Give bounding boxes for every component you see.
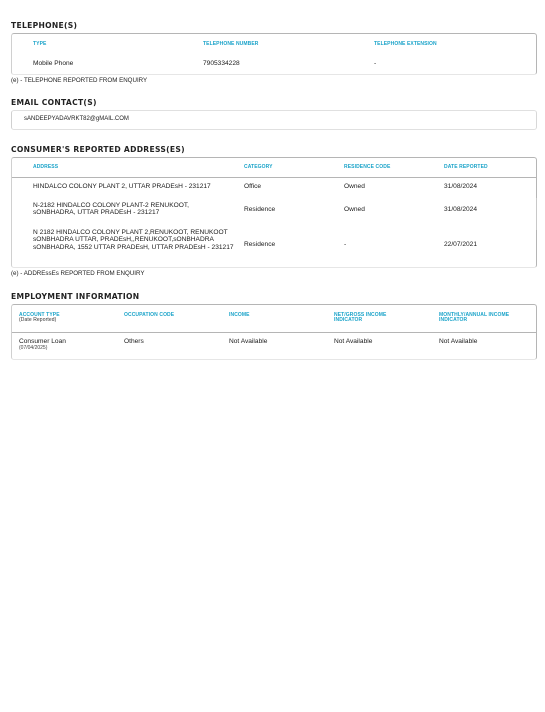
col-header-address: ADDRESS: [33, 165, 58, 170]
col-header-occupation-code: OCCUPATION CODE: [124, 313, 174, 318]
address-row-3-address: N 2182 HINDALCO COLONY PLANT 2,RENUKOOT,…: [33, 229, 238, 251]
header-divider: [12, 332, 536, 333]
col-header-type: TYPE: [33, 42, 46, 47]
employment-income: Not Available: [229, 338, 267, 345]
col-header-category: CATEGORY: [244, 165, 273, 170]
telephone-extension: -: [374, 60, 376, 67]
col-header-date-reported: DATE REPORTED: [444, 165, 488, 170]
scrollbar[interactable]: [536, 198, 537, 230]
col-header-account-type: ACCOUNT TYPE (Date Reported): [19, 313, 60, 324]
address-row-1-date: 31/08/2024: [444, 183, 477, 190]
address-row-1-category: Office: [244, 183, 261, 190]
employment-date-reported: (07/04/2025): [19, 345, 66, 352]
col-header-residence-code: RESIDENCE CODE: [344, 165, 390, 170]
employment-occupation-code: Others: [124, 338, 144, 345]
address-row-2-address: N-2182 HINDALCO COLONY PLANT-2 RENUKOOT,…: [33, 202, 233, 217]
emails-box: sANDEEPYADAVRKT82@gMAIL.COM: [11, 110, 537, 130]
telephones-section-title: TELEPHONE(S): [11, 21, 77, 30]
emails-section-title: EMAIL CONTACT(S): [11, 98, 97, 107]
email-item: sANDEEPYADAVRKT82@gMAIL.COM: [24, 116, 129, 123]
addresses-section-title: CONSUMER'S REPORTED ADDRESS(ES): [11, 145, 185, 154]
header-divider: [12, 177, 536, 178]
col-header-income: INCOME: [229, 313, 250, 318]
address-row-1-residence-code: Owned: [344, 183, 365, 190]
employment-table: ACCOUNT TYPE (Date Reported) OCCUPATION …: [11, 304, 537, 360]
col-header-telephone-extension: TELEPHONE EXTENSION: [374, 42, 437, 47]
employment-account-type: Consumer Loan (07/04/2025): [19, 338, 66, 352]
addresses-note: (e) - ADDREssEs REPORTED FROM ENQUIRY: [11, 270, 145, 277]
addresses-table: ADDRESS CATEGORY RESIDENCE CODE DATE REP…: [11, 157, 537, 268]
telephones-table: TYPE TELEPHONE NUMBER TELEPHONE EXTENSIO…: [11, 33, 537, 75]
col-header-net-gross-indicator: NET/GROSS INCOME INDICATOR: [334, 313, 404, 324]
col-header-monthly-annual-indicator: MONTHLY/ANNUAL INCOME INDICATOR: [439, 313, 524, 324]
employment-section-title: EMPLOYMENT INFORMATION: [11, 292, 139, 301]
address-row-3-date: 22/07/2021: [444, 241, 477, 248]
employment-net-gross: Not Available: [334, 338, 372, 345]
telephone-type: Mobile Phone: [33, 60, 73, 67]
address-row-3-residence-code: -: [344, 241, 346, 248]
employment-monthly-annual: Not Available: [439, 338, 477, 345]
col-header-telephone-number: TELEPHONE NUMBER: [203, 42, 259, 47]
address-row-3-category: Residence: [244, 241, 275, 248]
address-row-2-date: 31/08/2024: [444, 206, 477, 213]
address-row-2-category: Residence: [244, 206, 275, 213]
telephone-number: 7905334228: [203, 60, 240, 67]
telephones-note: (e) - TELEPHONE REPORTED FROM ENQUIRY: [11, 77, 147, 84]
employment-account-type-value: Consumer Loan: [19, 338, 66, 345]
address-row-2-residence-code: Owned: [344, 206, 365, 213]
col-header-account-type-sub: (Date Reported): [19, 318, 60, 323]
address-row-1-address: HINDALCO COLONY PLANT 2, UTTAR PRADEsH -…: [33, 183, 238, 190]
